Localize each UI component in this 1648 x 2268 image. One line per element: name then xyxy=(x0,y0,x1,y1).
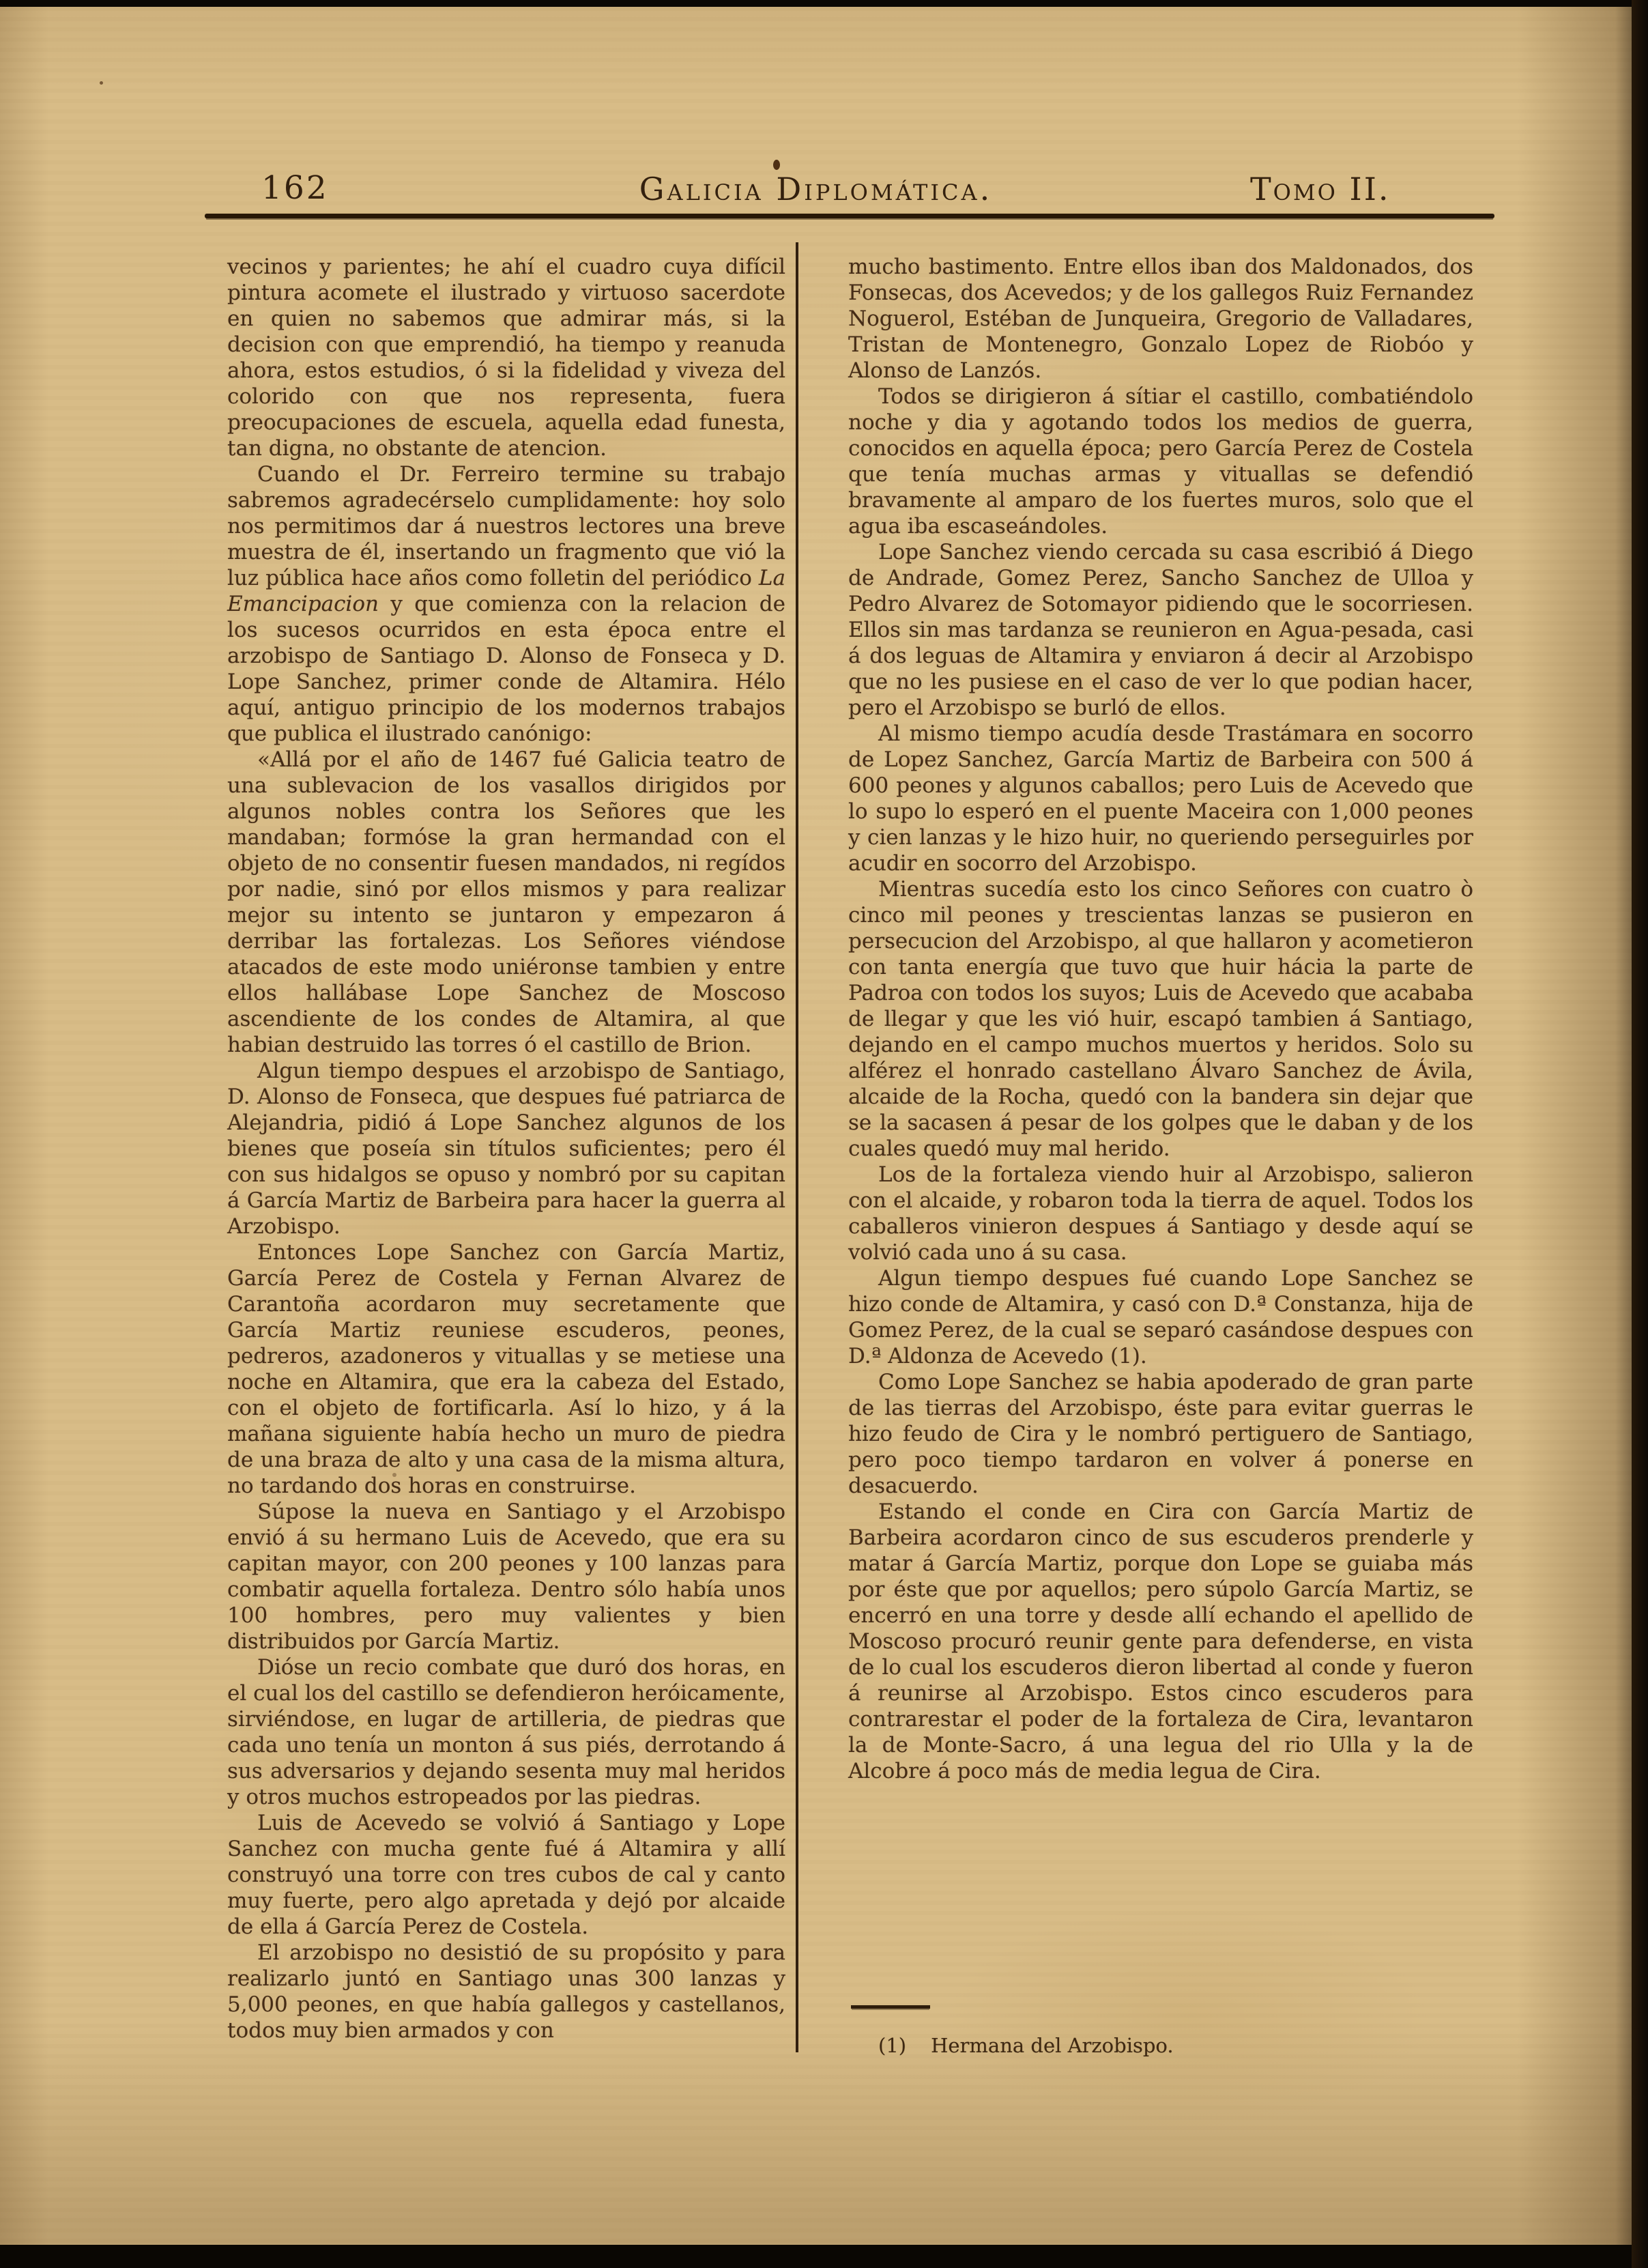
paragraph: Como Lope Sanchez se habia apoderado de … xyxy=(848,1369,1473,1499)
footnote: (1)Hermana del Arzobispo. xyxy=(848,2005,1473,2058)
paragraph: Algun tiempo despues el arzobispo de San… xyxy=(227,1058,785,1239)
paragraph: El arzobispo no desistió de su propósito… xyxy=(227,1940,785,2043)
paragraph: «Allá por el año de 1467 fué Galicia tea… xyxy=(227,747,785,1058)
paragraph: Cuando el Dr. Ferreiro termine su trabaj… xyxy=(227,461,785,747)
scanned-page: { "header": { "page_number": "162", "tit… xyxy=(0,0,1648,2268)
paragraph: Al mismo tiempo acudía desde Trastámara … xyxy=(848,721,1473,876)
paragraph: Algun tiempo despues fué cuando Lope San… xyxy=(848,1265,1473,1369)
footnote-rule xyxy=(851,2005,930,2009)
footnote-marker: (1) xyxy=(878,2034,906,2057)
right-column: mucho bastimento. Entre ellos iban dos M… xyxy=(848,254,1473,1784)
paragraph: vecinos y parientes; he ahí el cuadro cu… xyxy=(227,254,785,461)
page-header: 162 Galicia Diplomática. Tomo II. xyxy=(0,169,1632,217)
paper-sheet: 162 Galicia Diplomática. Tomo II. vecino… xyxy=(0,7,1632,2245)
ink-speck xyxy=(773,160,780,170)
left-column: vecinos y parientes; he ahí el cuadro cu… xyxy=(227,254,785,2043)
paragraph: Lope Sanchez viendo cercada su casa escr… xyxy=(848,539,1473,721)
paragraph: Luis de Acevedo se volvió á Santiago y L… xyxy=(227,1810,785,1940)
scan-edge-top xyxy=(0,0,1648,7)
paragraph: Mientras sucedía esto los cinco Señores … xyxy=(848,876,1473,1162)
ink-speck xyxy=(100,81,103,85)
paragraph: Estando el conde en Cira con García Mart… xyxy=(848,1499,1473,1784)
paragraph: Los de la fortaleza viendo huir al Arzob… xyxy=(848,1162,1473,1265)
volume-label: Tomo II. xyxy=(1250,171,1391,207)
header-rule xyxy=(205,214,1494,218)
column-divider-rule xyxy=(796,242,798,2052)
paragraph: Todos se dirigieron á sítiar el castillo… xyxy=(848,384,1473,539)
footnote-line: (1)Hermana del Arzobispo. xyxy=(848,2033,1473,2058)
scan-edge-right xyxy=(1632,0,1648,2268)
paragraph: Entonces Lope Sanchez con García Martiz,… xyxy=(227,1239,785,1499)
paragraph: Dióse un recio combate que duró dos hora… xyxy=(227,1654,785,1810)
paragraph: mucho bastimento. Entre ellos iban dos M… xyxy=(848,254,1473,384)
paragraph-text: Cuando el Dr. Ferreiro termine su trabaj… xyxy=(227,462,785,590)
footnote-text: Hermana del Arzobispo. xyxy=(931,2034,1174,2057)
paragraph: Súpose la nueva en Santiago y el Arzobis… xyxy=(227,1499,785,1654)
scan-edge-bottom xyxy=(0,2245,1648,2268)
